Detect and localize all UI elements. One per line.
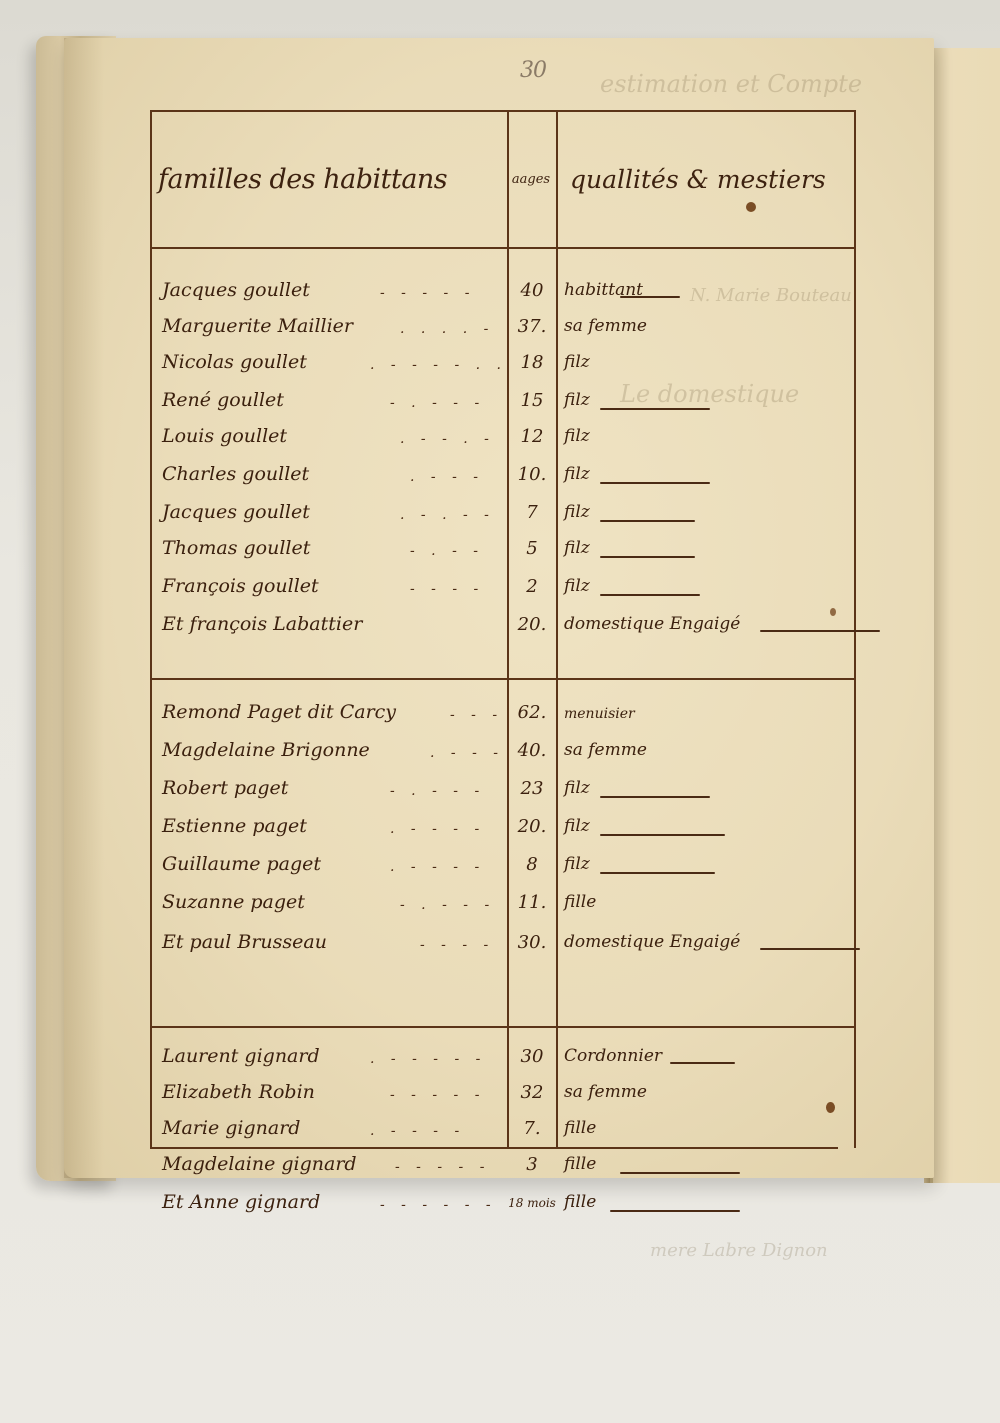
person-age: 18 (507, 352, 557, 373)
person-name: Magdelaine Brigonne (162, 739, 370, 761)
person-name: Laurent gignard (162, 1045, 320, 1067)
register-row: Estienne paget . - - - - 20. filz (150, 812, 854, 844)
table-bottom-border (150, 1147, 838, 1149)
person-age: 30. (507, 932, 557, 953)
person-age: 7. (507, 1118, 557, 1139)
person-age: 20. (507, 816, 557, 837)
person-name: Charles goullet (162, 463, 309, 485)
person-quality: filz (564, 502, 590, 522)
dot-leader: - - - - - (390, 1087, 485, 1103)
dot-leader: . - - - - (390, 859, 485, 875)
person-age: 3 (507, 1154, 557, 1175)
person-quality: fille (564, 1118, 596, 1138)
ink-blot (746, 202, 756, 212)
register-row: Jacques goullet . - . - - 7 filz (150, 498, 854, 530)
person-quality: filz (564, 390, 590, 410)
dot-leader: - - - - (420, 937, 494, 953)
register-row: Magdelaine gignard - - - - - 3 fille (150, 1150, 854, 1182)
person-age: 12 (507, 426, 557, 447)
register-row: Guillaume paget . - - - - 8 filz (150, 850, 854, 882)
pen-flourish (760, 948, 860, 950)
person-age: 10. (507, 464, 557, 485)
person-name: Et Anne gignard (162, 1191, 320, 1213)
household-separator (150, 1026, 854, 1028)
page-shadow (64, 38, 104, 1178)
person-age: 7 (507, 502, 557, 523)
register-row: Nicolas goullet . - - - - . . 18 filz (150, 348, 854, 380)
person-quality: menuisier (564, 706, 635, 722)
pen-flourish (600, 834, 725, 836)
person-name: Et françois Labattier (162, 613, 362, 635)
register-row: Laurent gignard . - - - - - 30 Cordonnie… (150, 1042, 854, 1074)
register-row: Jacques goullet - - - - - 40 habittant (150, 276, 854, 308)
pen-flourish (670, 1062, 735, 1064)
person-name: Jacques goullet (162, 501, 310, 523)
pen-flourish (600, 408, 710, 410)
dot-leader: . - - - - (370, 1123, 465, 1139)
person-age: 2 (507, 576, 557, 597)
person-age: 37. (507, 316, 557, 337)
bleed-through-text: mere Labre Dignon (650, 1240, 828, 1261)
person-name: Elizabeth Robin (162, 1081, 315, 1103)
dot-leader: - - - - - (380, 285, 475, 301)
person-quality: filz (564, 576, 590, 596)
person-name: Nicolas goullet (162, 351, 307, 373)
dot-leader: . - - - - . . (370, 357, 507, 373)
person-age: 62. (507, 702, 557, 723)
register-row: Et françois Labattier 20. domestique Eng… (150, 610, 854, 642)
facing-page (930, 48, 1000, 1183)
register-row: Suzanne paget - . - - - 11. fille (150, 888, 854, 920)
ink-blot (826, 1102, 835, 1113)
person-quality: fille (564, 892, 596, 912)
register-row: Marie gignard . - - - - 7. fille (150, 1114, 854, 1146)
person-name: Robert paget (162, 777, 288, 799)
person-quality: filz (564, 352, 590, 372)
person-age: 8 (507, 854, 557, 875)
person-name: Louis goullet (162, 425, 287, 447)
person-age: 5 (507, 538, 557, 559)
person-quality: filz (564, 464, 590, 484)
pen-flourish (620, 1172, 740, 1174)
person-quality: domestique Engaigé (564, 932, 740, 952)
dot-leader: - - - - - (395, 1159, 490, 1175)
person-age: 32 (507, 1082, 557, 1103)
person-name: René goullet (162, 389, 284, 411)
person-quality: sa femme (564, 740, 647, 760)
census-table: familles des habittans aages quallités &… (150, 110, 854, 1190)
page-number: 30 (520, 58, 546, 83)
register-row: Marguerite Maillier . . . . - 37. sa fem… (150, 312, 854, 344)
register-row: René goullet - . - - - 15 filz (150, 386, 854, 418)
pen-flourish (620, 296, 680, 298)
register-row: Et Anne gignard - - - - - - 18 mois fill… (150, 1188, 854, 1220)
dot-leader: . - - - - (390, 821, 485, 837)
column-header-quality: quallités & mestiers (564, 110, 844, 248)
register-row: Elizabeth Robin - - - - - 32 sa femme (150, 1078, 854, 1110)
dot-leader: - . - - - (400, 897, 495, 913)
person-quality: filz (564, 538, 590, 558)
bleed-through-text: estimation et Compte (600, 70, 862, 98)
person-quality: Cordonnier (564, 1046, 662, 1066)
dot-leader: - - - (450, 707, 503, 723)
table-right-border (854, 110, 856, 1148)
household-separator (150, 678, 854, 680)
register-row: Charles goullet . - - - 10. filz (150, 460, 854, 492)
pen-flourish (600, 594, 700, 596)
person-age: 40 (507, 280, 557, 301)
register-row: Robert paget - . - - - 23 filz (150, 774, 854, 806)
person-name: Marie gignard (162, 1117, 300, 1139)
person-quality: domestique Engaigé (564, 614, 740, 634)
pen-flourish (600, 482, 710, 484)
person-quality: filz (564, 816, 590, 836)
person-name: Et paul Brusseau (162, 931, 327, 953)
dot-leader: - - - - - - (380, 1197, 497, 1213)
register-row: Magdelaine Brigonne . - - - 40. sa femme (150, 736, 854, 768)
register-row: Thomas goullet - . - - 5 filz (150, 534, 854, 566)
person-age: 40. (507, 740, 557, 761)
person-age: 23 (507, 778, 557, 799)
ink-blot (830, 608, 836, 616)
dot-leader: - . - - - (390, 395, 485, 411)
dot-leader: - . - - - (390, 783, 485, 799)
person-age: 11. (507, 892, 557, 913)
census-table-continued: Magdelaine gignard - - - - - 3 fille Et … (150, 1150, 854, 1230)
person-quality: filz (564, 854, 590, 874)
register-row: Et paul Brusseau - - - - 30. domestique … (150, 928, 854, 960)
dot-leader: . - - - (410, 469, 484, 485)
person-name: Guillaume paget (162, 853, 321, 875)
register-row: Louis goullet . - - . - 12 filz (150, 422, 854, 454)
person-name: Jacques goullet (162, 279, 310, 301)
pen-flourish (600, 520, 695, 522)
person-quality: sa femme (564, 316, 647, 336)
pen-flourish (760, 630, 880, 632)
dot-leader: . - . - - (400, 507, 495, 523)
person-name: Thomas goullet (162, 537, 310, 559)
column-header-families: familles des habittans (158, 110, 498, 248)
person-name: François goullet (162, 575, 319, 597)
person-name: Remond Paget dit Carcy (162, 701, 396, 723)
dot-leader: - - - - (410, 581, 484, 597)
person-quality: filz (564, 426, 590, 446)
register-row: François goullet - - - - 2 filz (150, 572, 854, 604)
dot-leader: . - - - (430, 745, 504, 761)
person-name: Marguerite Maillier (162, 315, 353, 337)
person-name: Magdelaine gignard (162, 1153, 357, 1175)
column-header-ages: aages (508, 110, 554, 248)
person-quality: sa femme (564, 1082, 647, 1102)
person-name: Suzanne paget (162, 891, 305, 913)
pen-flourish (600, 556, 695, 558)
dot-leader: . . . . - (400, 321, 494, 337)
person-quality: filz (564, 778, 590, 798)
person-age: 30 (507, 1046, 557, 1067)
person-age: 15 (507, 390, 557, 411)
person-age: 18 mois (507, 1196, 557, 1210)
person-quality: fille (564, 1154, 596, 1174)
person-name: Estienne paget (162, 815, 307, 837)
pen-flourish (610, 1210, 740, 1212)
dot-leader: - . - - (410, 543, 484, 559)
pen-flourish (600, 872, 715, 874)
register-row: Remond Paget dit Carcy - - - 62. menuisi… (150, 698, 854, 730)
person-quality: fille (564, 1192, 596, 1212)
pen-flourish (600, 796, 710, 798)
person-age: 20. (507, 614, 557, 635)
dot-leader: . - - - - - (370, 1051, 486, 1067)
dot-leader: . - - . - (400, 431, 495, 447)
